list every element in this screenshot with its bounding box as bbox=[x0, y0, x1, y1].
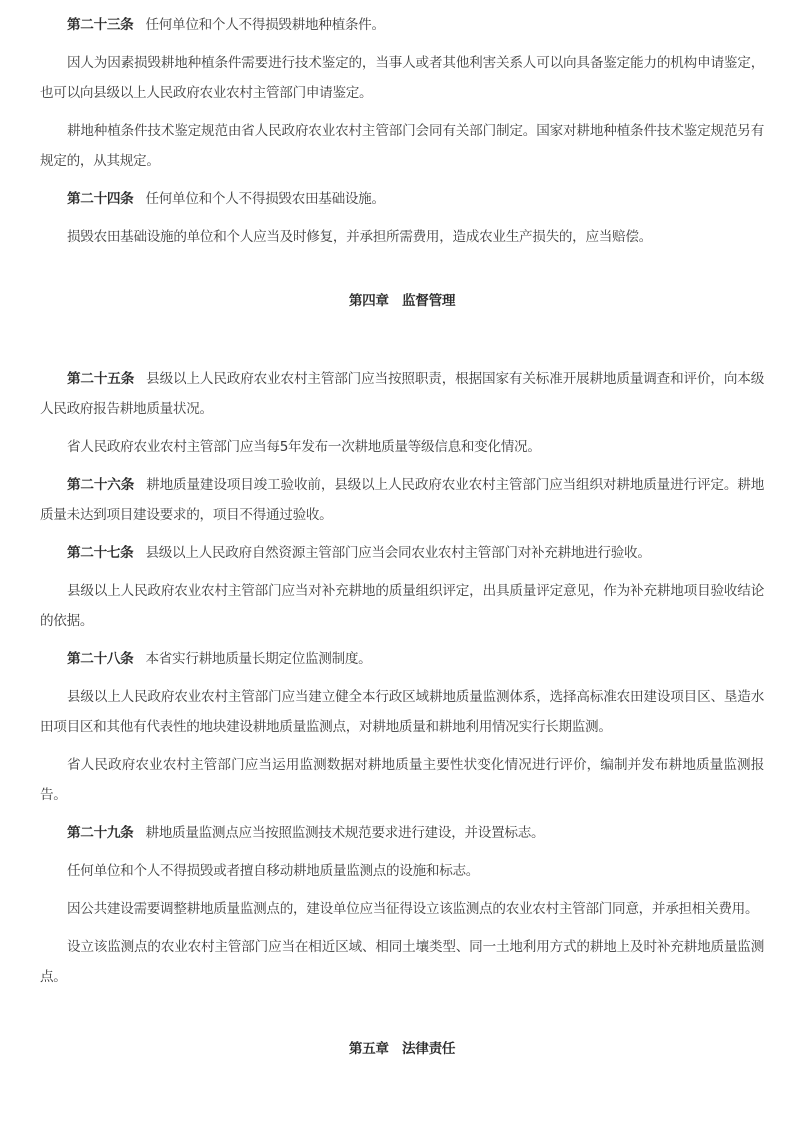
paragraph: 省人民政府农业农村主管部门应当每5年发布一次耕地质量等级信息和变化情况。 bbox=[40, 432, 764, 462]
article-text: 耕地质量建设项目竣工验收前，县级以上人民政府农业农村主管部门应当组织对耕地质量进… bbox=[40, 477, 764, 523]
chapter-heading: 第四章 监督管理 bbox=[40, 286, 764, 316]
paragraph: 县级以上人民政府农业农村主管部门应当建立健全本行政区域耕地质量监测体系，选择高标… bbox=[40, 682, 764, 742]
article-label: 第二十七条 bbox=[67, 545, 133, 561]
paragraph: 因人为因素损毁耕地种植条件需要进行技术鉴定的，当事人或者其他利害关系人可以向具备… bbox=[40, 48, 764, 108]
article-label: 第二十三条 bbox=[67, 17, 133, 33]
article-label: 第二十四条 bbox=[67, 191, 133, 207]
paragraph: 因公共建设需要调整耕地质量监测点的，建设单位应当征得设立该监测点的农业农村主管部… bbox=[40, 894, 764, 924]
article-27: 第二十七条县级以上人民政府自然资源主管部门应当会同农业农村主管部门对补充耕地进行… bbox=[40, 538, 764, 568]
article-text: 县级以上人民政府自然资源主管部门应当会同农业农村主管部门对补充耕地进行验收。 bbox=[145, 545, 650, 561]
article-25: 第二十五条县级以上人民政府农业农村主管部门应当按照职责，根据国家有关标准开展耕地… bbox=[40, 364, 764, 424]
article-26: 第二十六条耕地质量建设项目竣工验收前，县级以上人民政府农业农村主管部门应当组织对… bbox=[40, 470, 764, 530]
article-24: 第二十四条任何单位和个人不得损毁农田基础设施。 bbox=[40, 184, 764, 214]
paragraph: 县级以上人民政府农业农村主管部门应当对补充耕地的质量组织评定，出具质量评定意见，… bbox=[40, 576, 764, 636]
article-label: 第二十八条 bbox=[67, 651, 133, 667]
article-text: 本省实行耕地质量长期定位监测制度。 bbox=[145, 651, 371, 667]
article-text: 任何单位和个人不得损毁农田基础设施。 bbox=[145, 191, 384, 207]
article-23: 第二十三条任何单位和个人不得损毁耕地种植条件。 bbox=[40, 10, 764, 40]
article-text: 县级以上人民政府农业农村主管部门应当按照职责，根据国家有关标准开展耕地质量调查和… bbox=[40, 371, 764, 417]
article-label: 第二十五条 bbox=[67, 371, 134, 387]
article-label: 第二十六条 bbox=[67, 477, 134, 493]
paragraph: 设立该监测点的农业农村主管部门应当在相近区域、相同土壤类型、同一土地利用方式的耕… bbox=[40, 932, 764, 992]
paragraph: 任何单位和个人不得损毁或者擅自移动耕地质量监测点的设施和标志。 bbox=[40, 856, 764, 886]
article-text: 任何单位和个人不得损毁耕地种植条件。 bbox=[145, 17, 384, 33]
paragraph: 耕地种植条件技术鉴定规范由省人民政府农业农村主管部门会同有关部门制定。国家对耕地… bbox=[40, 116, 764, 176]
chapter-heading: 第五章 法律责任 bbox=[40, 1034, 764, 1064]
article-label: 第二十九条 bbox=[67, 825, 133, 841]
article-29: 第二十九条耕地质量监测点应当按照监测技术规范要求进行建设，并设置标志。 bbox=[40, 818, 764, 848]
paragraph: 损毁农田基础设施的单位和个人应当及时修复，并承担所需费用，造成农业生产损失的，应… bbox=[40, 222, 764, 252]
article-28: 第二十八条本省实行耕地质量长期定位监测制度。 bbox=[40, 644, 764, 674]
article-text: 耕地质量监测点应当按照监测技术规范要求进行建设，并设置标志。 bbox=[145, 825, 544, 841]
paragraph: 省人民政府农业农村主管部门应当运用监测数据对耕地质量主要性状变化情况进行评价，编… bbox=[40, 750, 764, 810]
document-page: 第二十三条任何单位和个人不得损毁耕地种植条件。 因人为因素损毁耕地种植条件需要进… bbox=[40, 10, 764, 1064]
